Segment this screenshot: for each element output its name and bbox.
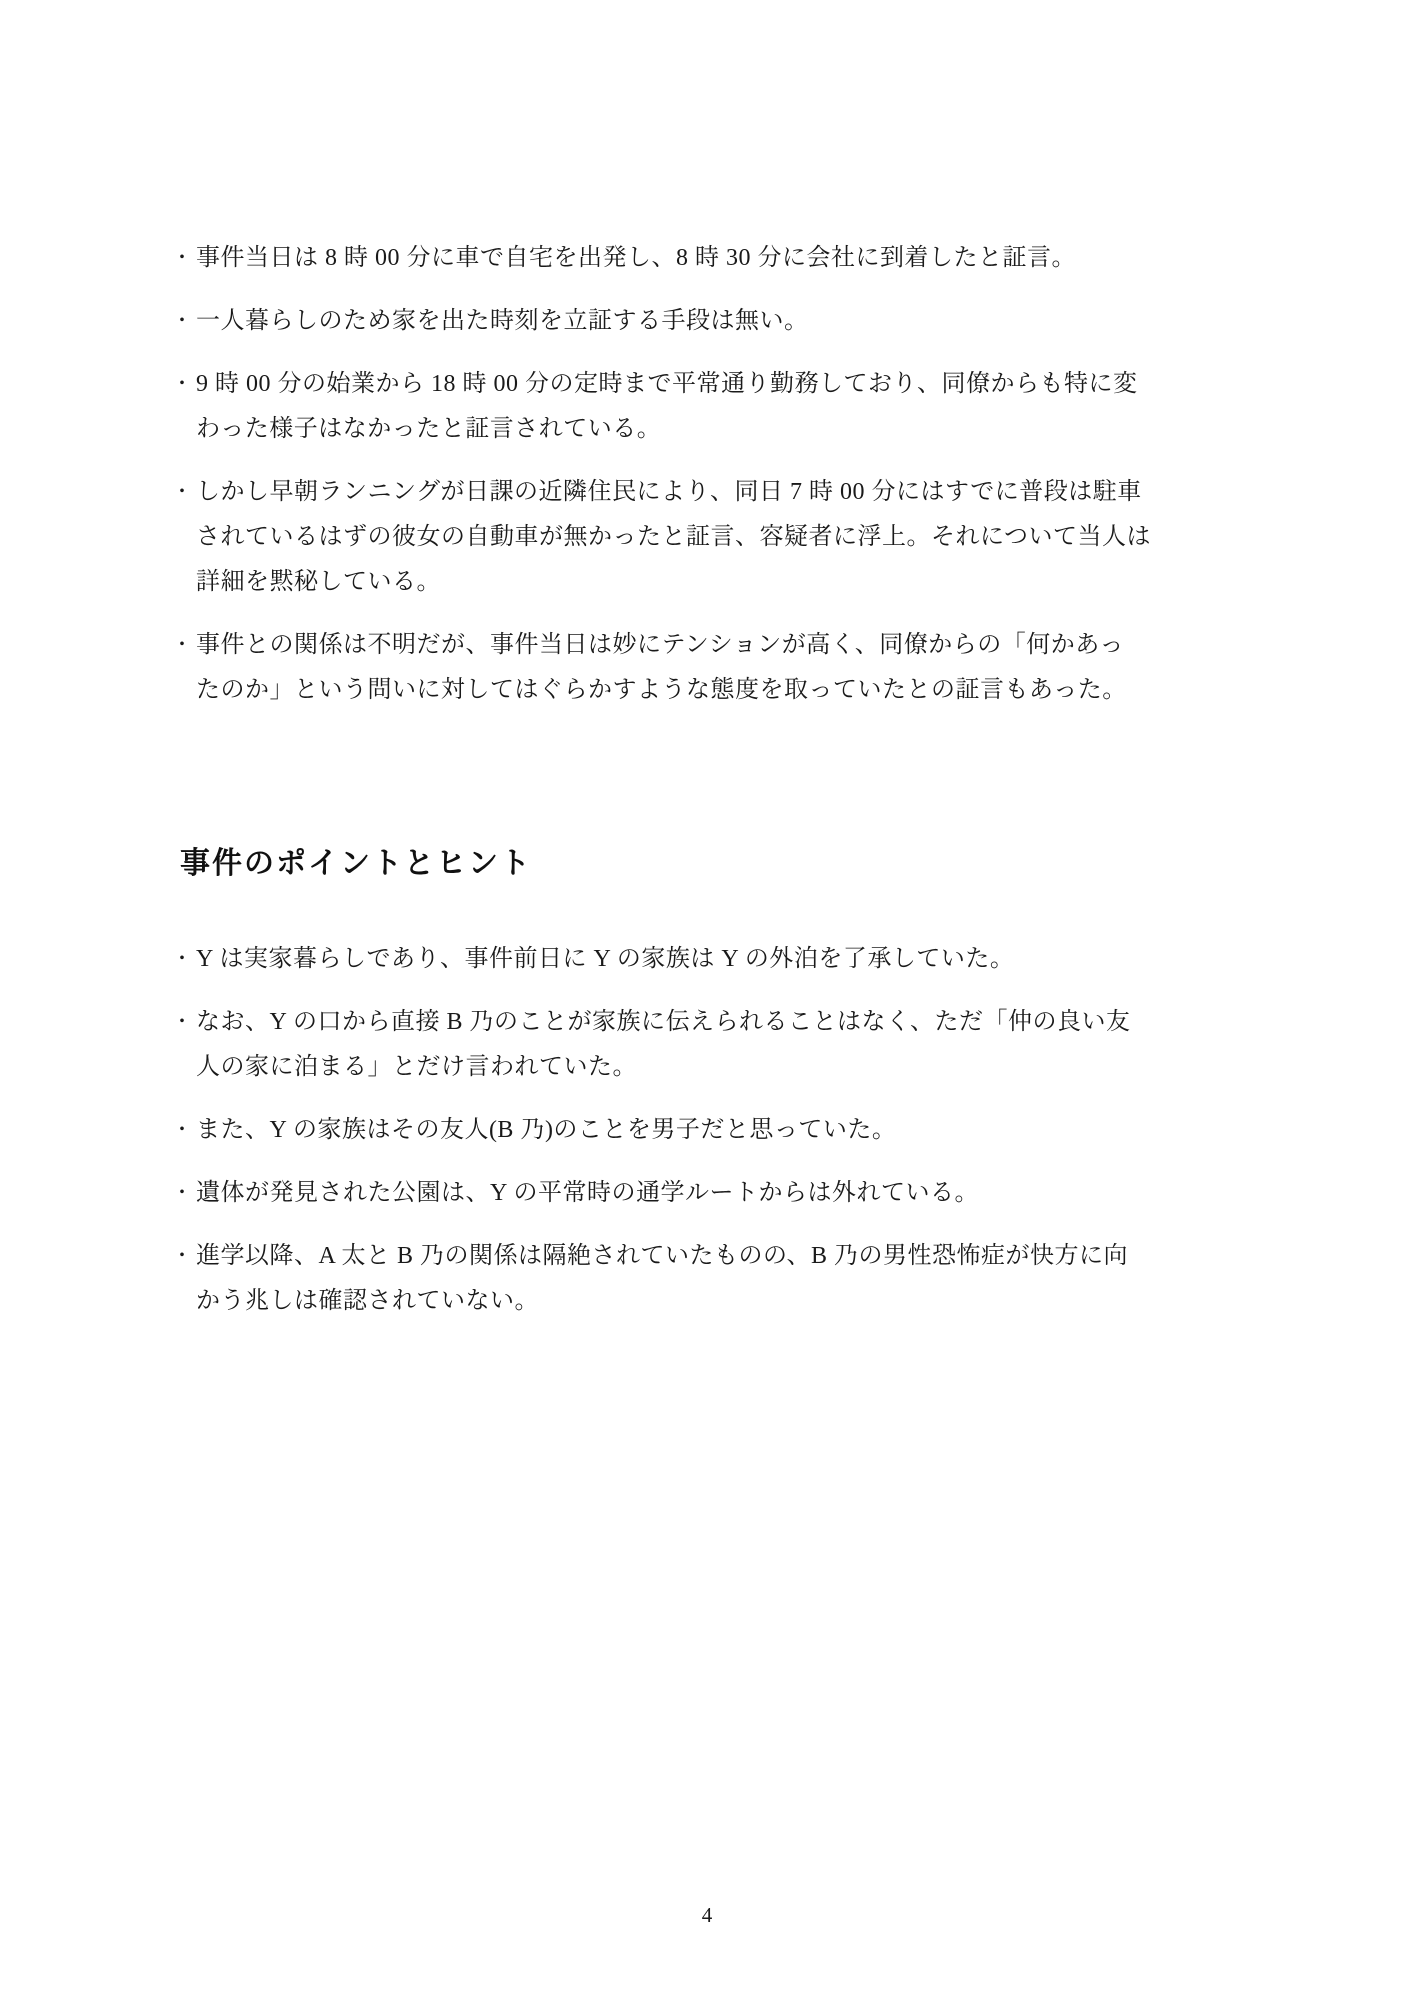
- bullet-item: ・Y は実家暮らしであり、事件前日に Y の家族は Y の外泊を了承していた。: [172, 937, 1206, 982]
- bullet-text: 一人暮らしのため家を出た時刻を立証する手段は無い。: [196, 299, 1206, 344]
- bullet-line: 事件当日は 8 時 00 分に車で自宅を出発し、8 時 30 分に会社に到着した…: [196, 236, 1206, 281]
- bullet-line: また、Y の家族はその友人(B 乃)のことを男子だと思っていた。: [196, 1108, 1206, 1153]
- bullet-item: ・しかし早朝ランニングが日課の近隣住民により、同日 7 時 00 分にはすでに普…: [172, 470, 1206, 605]
- document-page: ・事件当日は 8 時 00 分に車で自宅を出発し、8 時 30 分に会社に到着し…: [0, 0, 1414, 2000]
- bullet-item: ・遺体が発見された公園は、Y の平常時の通学ルートからは外れている。: [172, 1171, 1206, 1216]
- bullet-line: 人の家に泊まる」とだけ言われていた。: [196, 1045, 1206, 1090]
- bullet-text: 遺体が発見された公園は、Y の平常時の通学ルートからは外れている。: [196, 1171, 1206, 1216]
- bullet-line: 遺体が発見された公園は、Y の平常時の通学ルートからは外れている。: [196, 1171, 1206, 1216]
- bullet-line: しかし早朝ランニングが日課の近隣住民により、同日 7 時 00 分にはすでに普段…: [196, 470, 1206, 515]
- page-number: 4: [0, 1903, 1414, 1928]
- bullet-item: ・一人暮らしのため家を出た時刻を立証する手段は無い。: [172, 299, 1206, 344]
- bullet-item: ・事件当日は 8 時 00 分に車で自宅を出発し、8 時 30 分に会社に到着し…: [172, 236, 1206, 281]
- bullet-line: されているはずの彼女の自動車が無かったと証言、容疑者に浮上。それについて当人は: [196, 515, 1206, 560]
- bullet-line: 事件との関係は不明だが、事件当日は妙にテンションが高く、同僚からの「何かあっ: [196, 623, 1206, 668]
- bullet-line: 一人暮らしのため家を出た時刻を立証する手段は無い。: [196, 299, 1206, 344]
- hints-bullet-list: ・Y は実家暮らしであり、事件前日に Y の家族は Y の外泊を了承していた。・…: [172, 937, 1206, 1342]
- bullet-item: ・なお、Y の口から直接 B 乃のことが家族に伝えられることはなく、ただ「仲の良…: [172, 1000, 1206, 1090]
- bullet-text: 事件との関係は不明だが、事件当日は妙にテンションが高く、同僚からの「何かあったの…: [196, 623, 1206, 713]
- testimony-bullet-list: ・事件当日は 8 時 00 分に車で自宅を出発し、8 時 30 分に会社に到着し…: [172, 236, 1206, 731]
- bullet-text: 進学以降、A 太と B 乃の関係は隔絶されていたものの、B 乃の男性恐怖症が快方…: [196, 1234, 1206, 1324]
- bullet-text: Y は実家暮らしであり、事件前日に Y の家族は Y の外泊を了承していた。: [196, 937, 1206, 982]
- bullet-item: ・9 時 00 分の始業から 18 時 00 分の定時まで平常通り勤務しており、…: [172, 362, 1206, 452]
- bullet-marker-icon: ・: [172, 362, 196, 407]
- bullet-item: ・また、Y の家族はその友人(B 乃)のことを男子だと思っていた。: [172, 1108, 1206, 1153]
- bullet-marker-icon: ・: [172, 299, 196, 344]
- hints-section-heading: 事件のポイントとヒント: [180, 845, 532, 883]
- bullet-text: 事件当日は 8 時 00 分に車で自宅を出発し、8 時 30 分に会社に到着した…: [196, 236, 1206, 281]
- bullet-marker-icon: ・: [172, 937, 196, 982]
- bullet-line: わった様子はなかったと証言されている。: [196, 407, 1206, 452]
- bullet-line: 進学以降、A 太と B 乃の関係は隔絶されていたものの、B 乃の男性恐怖症が快方…: [196, 1234, 1206, 1279]
- bullet-marker-icon: ・: [172, 1108, 196, 1153]
- bullet-marker-icon: ・: [172, 1234, 196, 1279]
- bullet-text: 9 時 00 分の始業から 18 時 00 分の定時まで平常通り勤務しており、同…: [196, 362, 1206, 452]
- bullet-line: かう兆しは確認されていない。: [196, 1279, 1206, 1324]
- bullet-line: なお、Y の口から直接 B 乃のことが家族に伝えられることはなく、ただ「仲の良い…: [196, 1000, 1206, 1045]
- bullet-marker-icon: ・: [172, 1171, 196, 1216]
- bullet-item: ・事件との関係は不明だが、事件当日は妙にテンションが高く、同僚からの「何かあった…: [172, 623, 1206, 713]
- bullet-line: Y は実家暮らしであり、事件前日に Y の家族は Y の外泊を了承していた。: [196, 937, 1206, 982]
- bullet-marker-icon: ・: [172, 1000, 196, 1045]
- bullet-line: たのか」という問いに対してはぐらかすような態度を取っていたとの証言もあった。: [196, 668, 1206, 713]
- bullet-marker-icon: ・: [172, 236, 196, 281]
- bullet-marker-icon: ・: [172, 470, 196, 515]
- bullet-marker-icon: ・: [172, 623, 196, 668]
- bullet-line: 詳細を黙秘している。: [196, 560, 1206, 605]
- bullet-text: しかし早朝ランニングが日課の近隣住民により、同日 7 時 00 分にはすでに普段…: [196, 470, 1206, 605]
- bullet-line: 9 時 00 分の始業から 18 時 00 分の定時まで平常通り勤務しており、同…: [196, 362, 1206, 407]
- bullet-item: ・進学以降、A 太と B 乃の関係は隔絶されていたものの、B 乃の男性恐怖症が快…: [172, 1234, 1206, 1324]
- bullet-text: なお、Y の口から直接 B 乃のことが家族に伝えられることはなく、ただ「仲の良い…: [196, 1000, 1206, 1090]
- bullet-text: また、Y の家族はその友人(B 乃)のことを男子だと思っていた。: [196, 1108, 1206, 1153]
